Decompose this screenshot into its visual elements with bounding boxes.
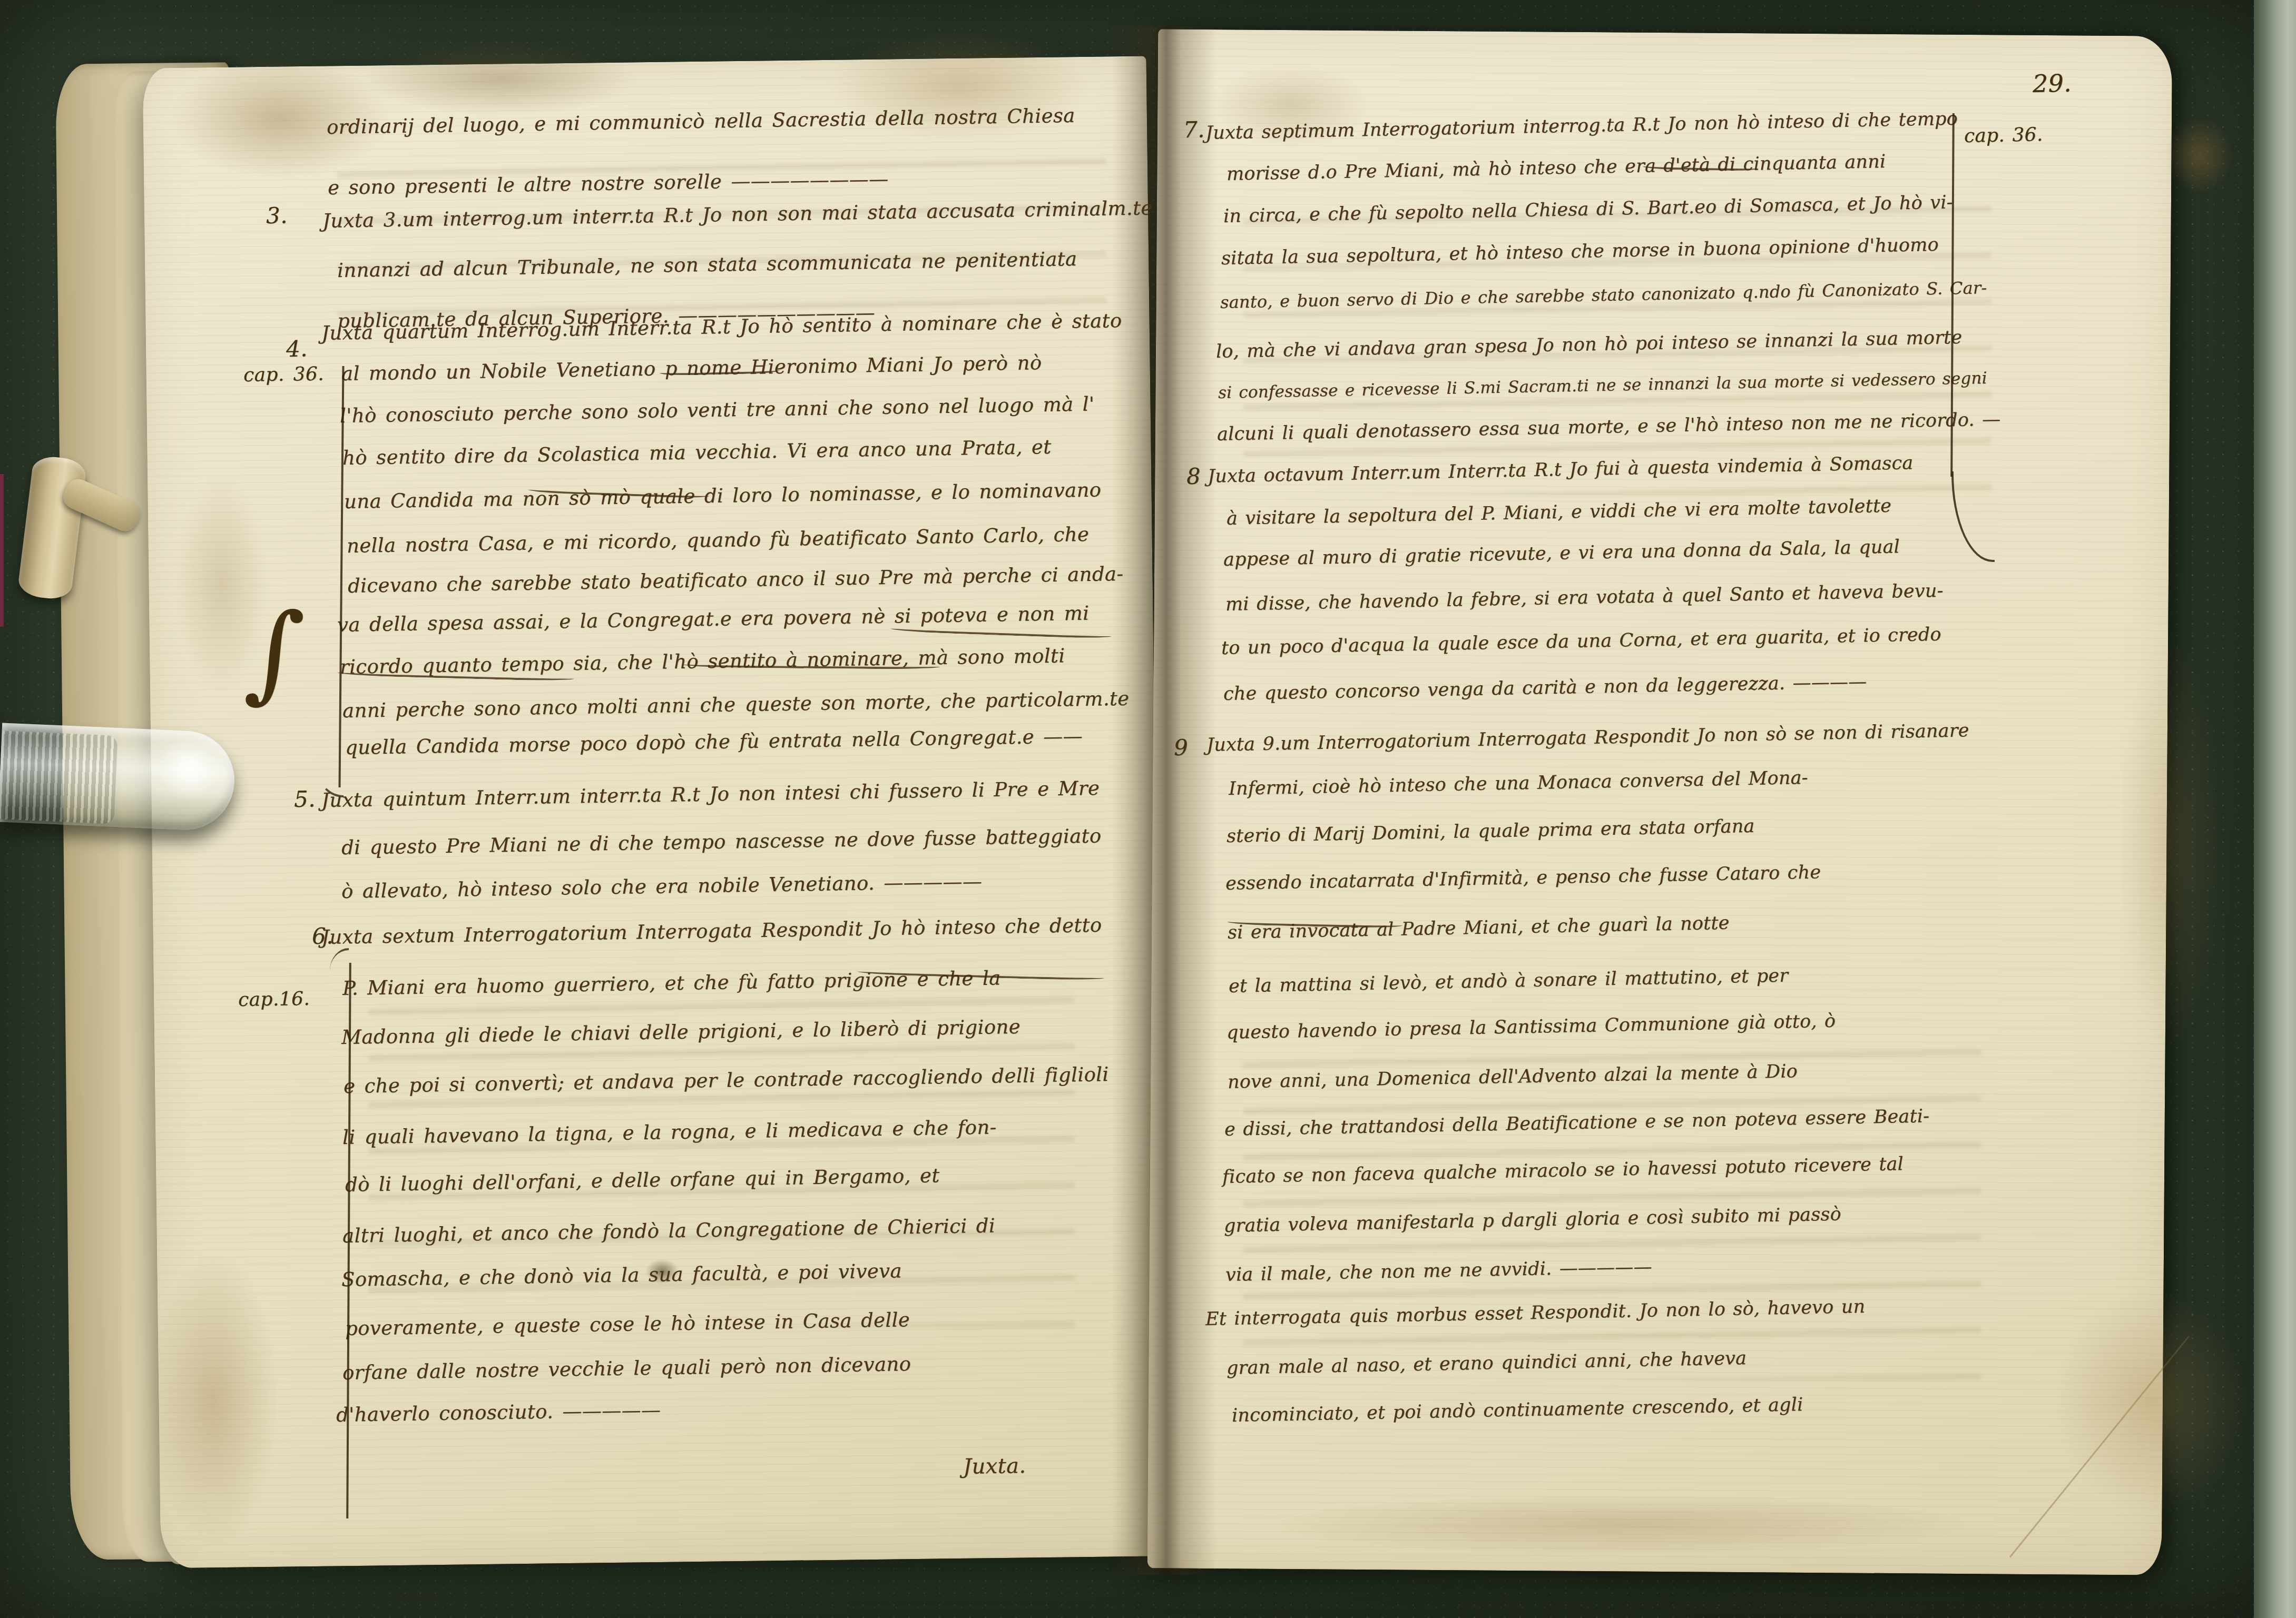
stain	[2165, 116, 2234, 195]
catchword: Juxta.	[963, 1454, 1026, 1479]
book-gutter	[1112, 26, 1217, 1575]
chapter-annotation: cap. 36.	[1964, 124, 2043, 147]
chapter-annotation: cap.16.	[238, 988, 310, 1011]
chapter-annotation: cap. 36.	[243, 363, 325, 386]
paragraph-number: 3.	[266, 202, 288, 229]
left-page	[143, 56, 1165, 1568]
paragraph-number: 5.	[294, 786, 316, 812]
scan-edge-strip	[2254, 0, 2296, 1618]
margin-curl: ∫	[242, 588, 307, 717]
paper-scrap-rolled	[17, 455, 87, 601]
paragraph-number: 7.	[1183, 116, 1205, 143]
film-edge-sliver	[0, 474, 4, 627]
manuscript-photo: ordinarij del luogo, e mi communicò nell…	[0, 0, 2296, 1618]
paragraph-number: 4.	[286, 336, 308, 362]
paragraph-number: 9	[1174, 734, 1189, 761]
folio-number: 29.	[2032, 69, 2072, 98]
glass-rod-ribs	[0, 731, 118, 824]
paragraph-number: 8	[1186, 463, 1201, 489]
